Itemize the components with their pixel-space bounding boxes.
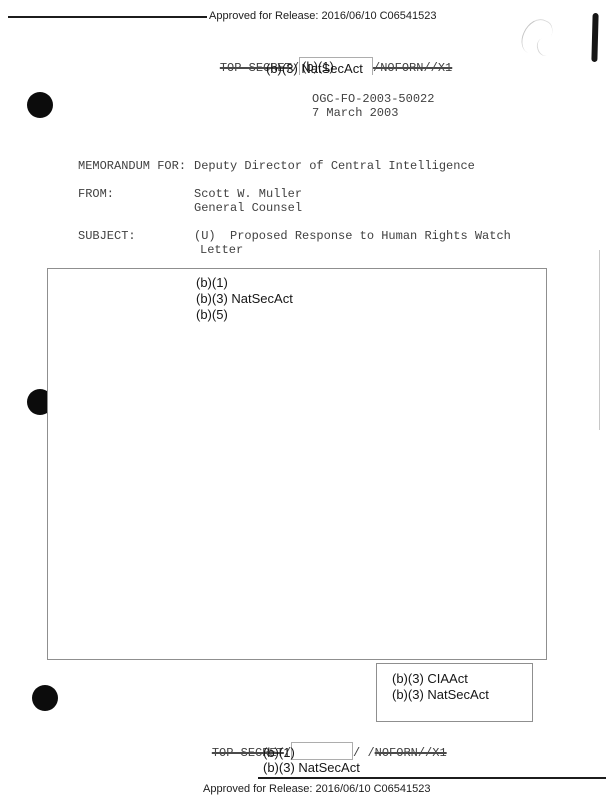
redaction-code-b3-natsecact: (b)(3) NatSecAct xyxy=(196,291,293,307)
from-label: FROM: xyxy=(78,187,114,201)
doc-number: OGC-FO-2003-50022 xyxy=(312,92,434,106)
from-title: General Counsel xyxy=(194,201,302,215)
redaction-code-b3-natsecact-2: (b)(3) NatSecAct xyxy=(392,687,489,703)
from-name: Scott W. Muller xyxy=(194,187,302,201)
noforn-slash: / xyxy=(367,746,374,760)
hole-punch-top xyxy=(27,92,53,118)
scan-edge-line-artifact xyxy=(599,250,600,430)
redaction-code-natsecact-bottom: (b)(3) NatSecAct xyxy=(263,760,360,775)
redaction-code-b5: (b)(5) xyxy=(196,307,293,323)
footer-rule xyxy=(258,777,606,779)
memorandum-for-label: MEMORANDUM FOR: xyxy=(78,159,186,173)
approved-for-release-header: Approved for Release: 2016/06/10 C065415… xyxy=(209,10,437,22)
noforn-marking-struck-bottom: NOFORN//X1 xyxy=(375,746,447,760)
redaction-box-secondary: (b)(3) CIAAct (b)(3) NatSecAct xyxy=(376,663,533,722)
redaction-box-secondary-labels: (b)(3) CIAAct (b)(3) NatSecAct xyxy=(392,671,489,703)
hole-punch-bottom xyxy=(32,685,58,711)
redaction-code-b1: (b)(1) xyxy=(196,275,293,291)
memorandum-for-value: Deputy Director of Central Intelligence xyxy=(194,159,475,173)
noforn-marking-struck: /NOFORN//X1 xyxy=(373,61,452,75)
redaction-code-b1-bottom: (b)(1) xyxy=(263,745,295,760)
doc-date: 7 March 2003 xyxy=(312,106,398,120)
scan-squiggle-artifact xyxy=(535,36,554,57)
redaction-code-natsecact-top: (b)(3) NatSecAct xyxy=(266,61,363,76)
subject-line2: Letter xyxy=(200,243,243,257)
redaction-box-main: (b)(1) (b)(3) NatSecAct (b)(5) xyxy=(47,268,547,660)
redaction-box-main-labels: (b)(1) (b)(3) NatSecAct (b)(5) xyxy=(196,275,293,323)
scan-edge-artifact xyxy=(591,13,598,62)
redaction-code-b3-ciaact: (b)(3) CIAAct xyxy=(392,671,489,687)
redaction-box-inline-bottom xyxy=(291,742,353,760)
memo-page: Approved for Release: 2016/06/10 C065415… xyxy=(0,0,613,800)
header-rule xyxy=(8,16,207,18)
subject-line1: (U) Proposed Response to Human Rights Wa… xyxy=(194,229,511,243)
approved-for-release-footer: Approved for Release: 2016/06/10 C065415… xyxy=(203,783,431,795)
subject-label: SUBJECT: xyxy=(78,229,136,243)
